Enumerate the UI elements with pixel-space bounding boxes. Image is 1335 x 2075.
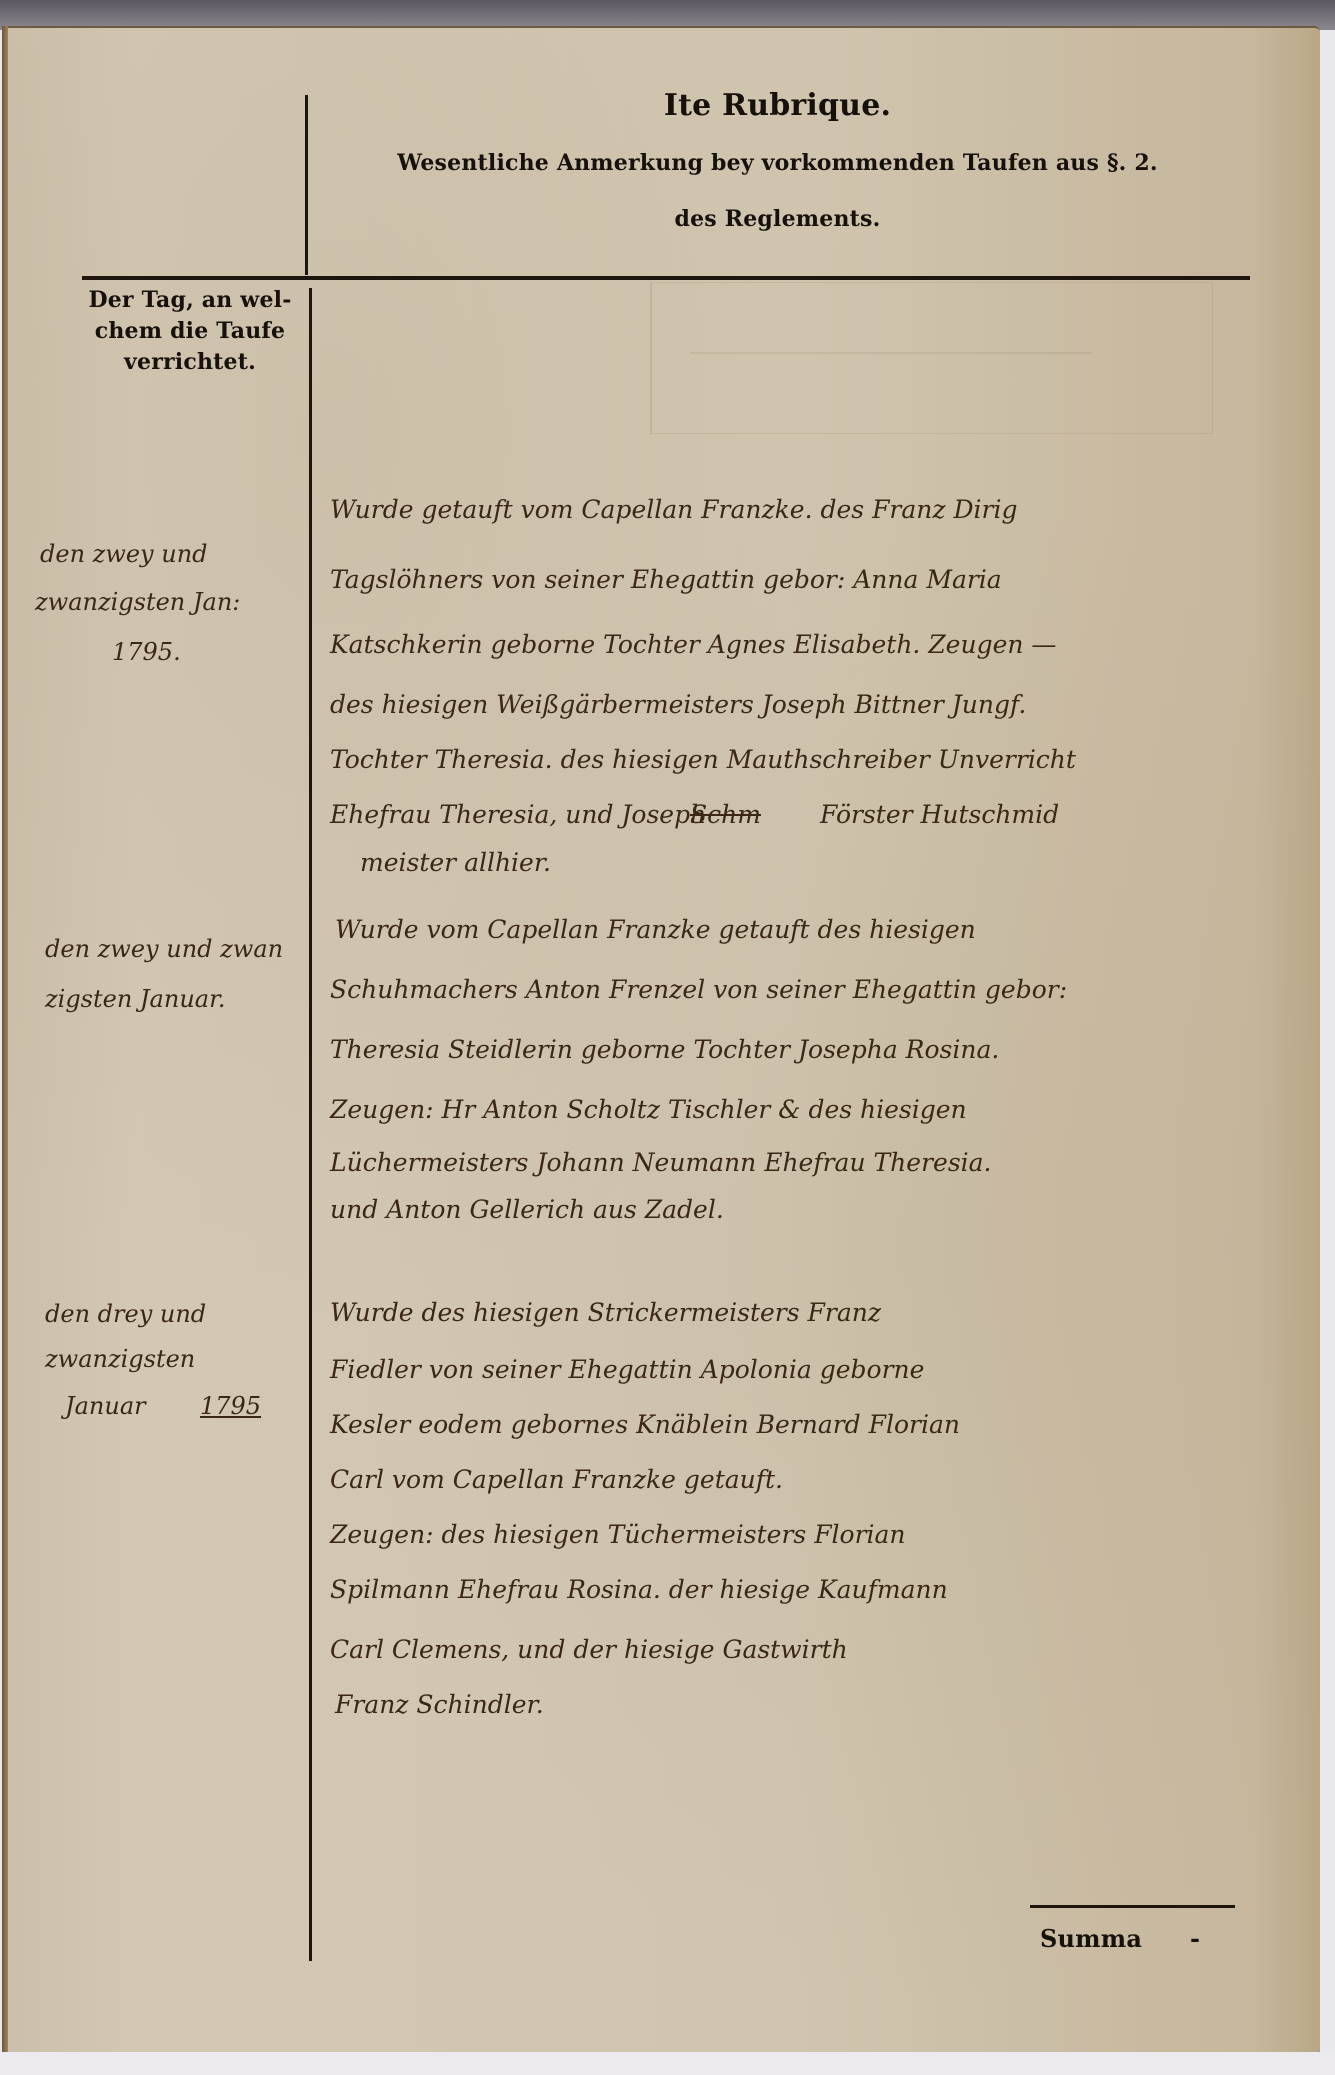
entry-text-line: Kesler eodem gebornes Knäblein Bernard F… bbox=[330, 1410, 960, 1439]
entry-text-line: Wurde vom Capellan Franzke getauft des h… bbox=[335, 915, 976, 944]
entry-text-line: Theresia Steidlerin geborne Tochter Jose… bbox=[330, 1035, 999, 1064]
entry-date-line: zwanzigsten Jan: bbox=[35, 588, 240, 616]
header-left-rule bbox=[305, 95, 308, 275]
date-column-header-line: chem die Taufe bbox=[70, 316, 310, 347]
date-column-header-line: verrichtet. bbox=[70, 347, 310, 378]
entry-date-line: zwanzigsten bbox=[45, 1345, 195, 1373]
entry-date-line: den drey und bbox=[45, 1300, 206, 1328]
entry-text-line: Schuhmachers Anton Frenzel von seiner Eh… bbox=[330, 975, 1067, 1004]
date-column-header: Der Tag, an wel- chem die Taufe verricht… bbox=[70, 285, 310, 378]
entry-text-line: Spilmann Ehefrau Rosina. der hiesige Kau… bbox=[330, 1575, 948, 1604]
entry-date-line: 1795. bbox=[112, 638, 181, 666]
struck-out-word: Schm bbox=[690, 800, 761, 829]
entry-date-line: den zwey und bbox=[40, 540, 208, 568]
summa-rule bbox=[1030, 1905, 1235, 1908]
header-bottom-rule bbox=[82, 276, 1250, 280]
entry-text-line: meister allhier. bbox=[360, 848, 551, 877]
entry-text-line: Tochter Theresia. des hiesigen Mauthschr… bbox=[330, 745, 1076, 774]
page-subtitle-2: des Reglements. bbox=[310, 206, 1245, 232]
entry-date-year: 1795 bbox=[200, 1392, 261, 1420]
entry-text-line: Zeugen: Hr Anton Scholtz Tischler & des … bbox=[330, 1095, 967, 1124]
summa-label: Summa bbox=[1040, 1924, 1142, 1953]
entry-text-line: Fiedler von seiner Ehegattin Apolonia ge… bbox=[330, 1355, 924, 1384]
entry-text-line: Wurde des hiesigen Strickermeisters Fran… bbox=[330, 1298, 881, 1327]
entry-text-line: Förster Hutschmid bbox=[820, 800, 1059, 829]
entry-text-line: Zeugen: des hiesigen Tüchermeisters Flor… bbox=[330, 1520, 906, 1549]
entry-text-line: Wurde getauft vom Capellan Franzke. des … bbox=[330, 495, 1017, 524]
entry-text-line: Lüchermeisters Johann Neumann Ehefrau Th… bbox=[330, 1148, 992, 1177]
entry-text-line: Carl vom Capellan Franzke getauft. bbox=[330, 1465, 783, 1494]
entry-date-line: Januar bbox=[65, 1392, 146, 1420]
column-divider bbox=[309, 288, 312, 1961]
entry-text-line: Franz Schindler. bbox=[335, 1690, 544, 1719]
bleed-through-table-divider bbox=[690, 352, 1092, 354]
entry-date-line: zigsten Januar. bbox=[45, 985, 226, 1013]
page-subtitle: Wesentliche Anmerkung bey vorkommenden T… bbox=[310, 150, 1245, 176]
entry-text-line: Ehefrau Theresia, und Joseph bbox=[330, 800, 706, 829]
entry-text-line: und Anton Gellerich aus Zadel. bbox=[330, 1195, 724, 1224]
page-title: Ite Rubrique. bbox=[310, 88, 1245, 123]
entry-text-line: des hiesigen Weißgärbermeisters Joseph B… bbox=[330, 690, 1026, 719]
summa-value: - bbox=[1190, 1924, 1200, 1953]
page-left-edge bbox=[2, 26, 8, 2053]
entry-text-line: Tagslöhners von seiner Ehegattin gebor: … bbox=[330, 565, 1002, 594]
bleed-through-table bbox=[650, 282, 1213, 434]
scan-bottom-background bbox=[0, 2052, 1335, 2075]
entry-text-line: Carl Clemens, und der hiesige Gastwirth bbox=[330, 1635, 848, 1664]
date-column-header-line: Der Tag, an wel- bbox=[70, 285, 310, 316]
entry-date-line: den zwey und zwan bbox=[45, 935, 283, 963]
entry-text-line: Katschkerin geborne Tochter Agnes Elisab… bbox=[330, 630, 1056, 659]
